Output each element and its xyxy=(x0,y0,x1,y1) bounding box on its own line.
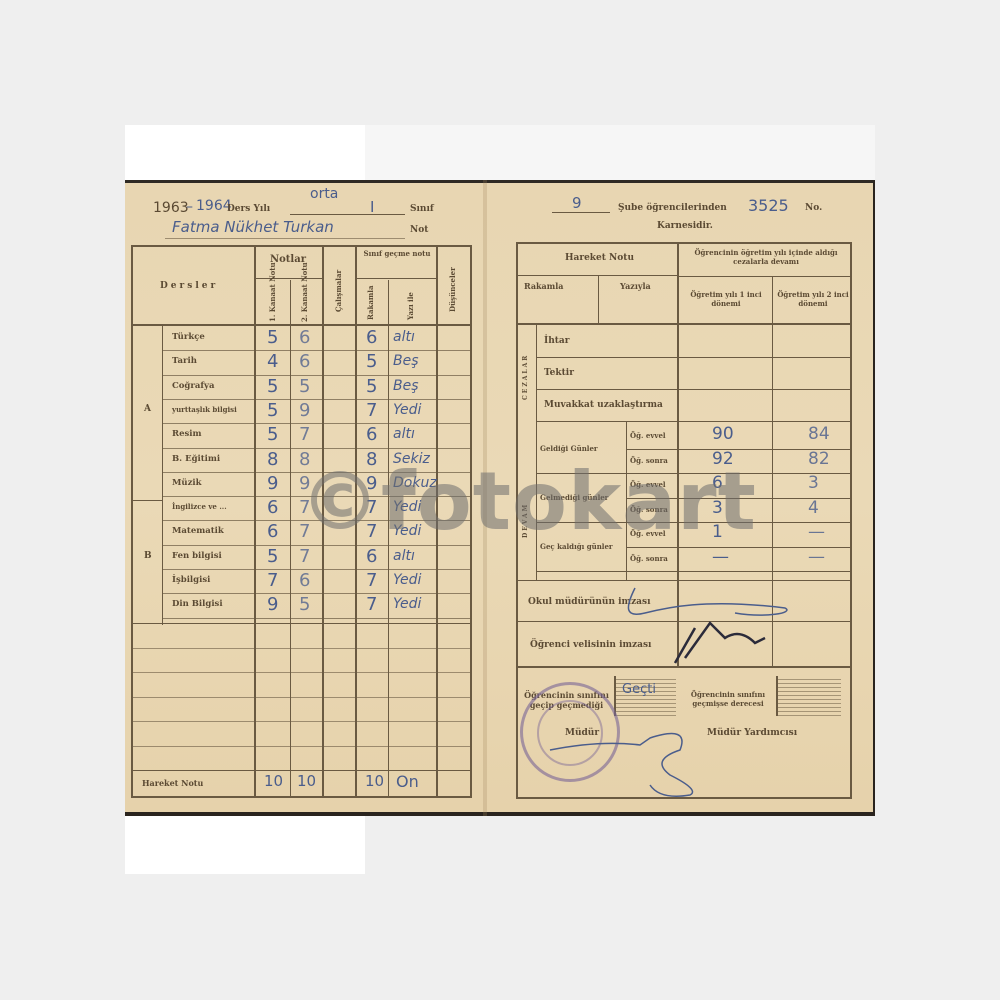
gecip-value: Geçti xyxy=(622,682,656,697)
final-grade-words: Sekiz xyxy=(393,451,430,467)
final-grade-number: 7 xyxy=(366,570,377,591)
kanaat-1-grade: 8 xyxy=(267,449,278,470)
grid-line xyxy=(256,278,322,279)
term2-value: — xyxy=(808,522,825,542)
row-divider xyxy=(162,375,472,376)
row-divider xyxy=(162,423,472,424)
student-number: 3525 xyxy=(748,196,789,215)
attendance-sub-label: Öğ. evvel xyxy=(630,431,666,440)
kanaat-2-grade: 7 xyxy=(299,546,310,567)
kanaat-2-grade: 6 xyxy=(299,351,310,372)
final-grade-words: Dokuz xyxy=(393,475,437,491)
row-divider xyxy=(131,672,472,673)
term2-value: 4 xyxy=(808,498,819,518)
row-divider xyxy=(162,496,472,497)
sinif-label: Sınıf xyxy=(410,204,434,214)
mudur-yardimcisi-label: Müdür Yardımcısı xyxy=(707,728,797,738)
header-rakamla: Rakamla xyxy=(366,284,375,320)
term1-value: 6 xyxy=(712,473,723,493)
kanaat-1-grade: 7 xyxy=(267,570,278,591)
group-divider xyxy=(131,500,162,501)
footer-k1: 10 xyxy=(264,772,283,790)
term2-value: 84 xyxy=(808,424,830,444)
derece-box xyxy=(776,676,841,716)
final-grade-words: Beş xyxy=(393,353,419,369)
yaziyla-header: Yazıyla xyxy=(620,281,651,291)
subject-name: İşbilgisi xyxy=(172,575,210,585)
name-underline xyxy=(165,238,405,239)
term1-value: 92 xyxy=(712,449,734,469)
row-divider xyxy=(536,522,852,523)
attendance-group-label: Gelmediği günler xyxy=(540,493,608,502)
row-divider xyxy=(131,697,472,698)
final-grade-words: Yedi xyxy=(393,523,421,539)
kanaat-1-grade: 6 xyxy=(267,521,278,542)
ceza-devam-header: Öğrencinin öğretim yılı içinde aldığı ce… xyxy=(684,248,848,266)
kanaat-2-grade: 9 xyxy=(299,400,310,421)
white-backdrop-top-right xyxy=(365,125,875,183)
final-grade-number: 7 xyxy=(366,497,377,518)
attendance-group-label: Geldiği Günler xyxy=(540,444,598,453)
kanaat-1-grade: 5 xyxy=(267,327,278,348)
grid-line xyxy=(516,275,677,276)
sube-value: 9 xyxy=(572,194,582,212)
grid-line xyxy=(357,278,436,279)
card-fold xyxy=(483,180,487,816)
hareket-notu-header: Hareket Notu xyxy=(565,253,634,263)
final-grade-words: Yedi xyxy=(393,596,421,612)
row-divider xyxy=(536,473,852,474)
final-grade-number: 5 xyxy=(366,351,377,372)
final-grade-number: 6 xyxy=(366,546,377,567)
devam-side-label: DEVAM xyxy=(522,478,529,538)
school-type: orta xyxy=(310,186,338,202)
subject-name: Fen bilgisi xyxy=(172,551,222,561)
subject-name: İngilizce ve ... xyxy=(172,502,227,511)
kanaat-2-grade: 5 xyxy=(299,376,310,397)
rakamla-header: Rakamla xyxy=(524,281,563,291)
subject-name: Müzik xyxy=(172,478,202,488)
final-grade-number: 7 xyxy=(366,400,377,421)
kanaat-1-grade: 5 xyxy=(267,376,278,397)
subject-name: Coğrafya xyxy=(172,381,214,391)
director-signature xyxy=(540,720,710,800)
penalty-label: Tektir xyxy=(544,368,574,378)
grid-line xyxy=(679,276,851,277)
footer-k2: 10 xyxy=(297,772,316,790)
row-divider xyxy=(162,618,472,619)
year-start: 1963 xyxy=(153,200,189,216)
sube-underline xyxy=(552,212,610,213)
kanaat-1-grade: 5 xyxy=(267,546,278,567)
row-divider xyxy=(162,569,472,570)
ders-yili-label: Ders Yılı xyxy=(227,204,270,214)
kanaat-2-grade: 5 xyxy=(299,594,310,615)
final-grade-number: 8 xyxy=(366,449,377,470)
header-sinif-gecme: Sınıf geçme notu xyxy=(362,249,432,258)
row-divider xyxy=(162,472,472,473)
white-backdrop-bottom xyxy=(125,816,365,874)
final-grade-words: altı xyxy=(393,548,415,564)
grid-line xyxy=(131,324,472,326)
kanaat-1-grade: 9 xyxy=(267,473,278,494)
subject-name: Türkçe xyxy=(172,332,205,342)
subject-name: Tarih xyxy=(172,356,197,366)
final-grade-number: 5 xyxy=(366,376,377,397)
sinif-value: I xyxy=(370,198,374,216)
final-grade-words: Yedi xyxy=(393,499,421,515)
final-grade-number: 6 xyxy=(366,327,377,348)
header-calismalar: Çalışmalar xyxy=(334,262,343,312)
term1-value: 1 xyxy=(712,522,723,542)
attendance-sub-label: Öğ. evvel xyxy=(630,480,666,489)
term2-header: Öğretim yılı 2 inci dönemi xyxy=(777,290,849,308)
penalty-label: Muvakkat uzaklaştırma xyxy=(544,400,663,410)
kanaat-2-grade: 7 xyxy=(299,497,310,518)
grid-line xyxy=(254,245,256,798)
grid-line xyxy=(131,770,472,771)
no-label: No. xyxy=(805,203,822,213)
subject-name: yurttaşlık bilgisi xyxy=(172,405,237,414)
year-dash: – xyxy=(186,199,193,215)
cezalar-side-label: CEZALAR xyxy=(522,340,529,400)
kanaat-1-grade: 6 xyxy=(267,497,278,518)
kanaat-1-grade: 9 xyxy=(267,594,278,615)
header-kanaat-1: 1. Kanaat Notu xyxy=(268,282,277,322)
final-grade-number: 6 xyxy=(366,424,377,445)
row-divider xyxy=(162,350,472,351)
kanaat-2-grade: 8 xyxy=(299,449,310,470)
white-backdrop-top xyxy=(125,125,365,183)
kanaat-2-grade: 6 xyxy=(299,570,310,591)
grid-line xyxy=(355,245,357,798)
term1-value: 90 xyxy=(712,424,734,444)
attendance-sub-label: Öğ. sonra xyxy=(630,554,668,563)
row-divider xyxy=(131,721,472,722)
kanaat-1-grade: 5 xyxy=(267,400,278,421)
group-a-label: A xyxy=(144,404,151,414)
grid-line xyxy=(626,422,627,580)
kanaat-1-grade: 5 xyxy=(267,424,278,445)
header-yazi-ile: Yazı ile xyxy=(406,284,415,320)
principal-signature xyxy=(615,568,805,678)
header-kanaat-2: 2. Kanaat Notu xyxy=(300,282,309,322)
karnesidir-label: Karnesidir. xyxy=(657,221,713,231)
row-divider xyxy=(536,421,852,422)
not-label: Not xyxy=(410,225,428,235)
final-grade-number: 7 xyxy=(366,521,377,542)
term2-value: 3 xyxy=(808,473,819,493)
group-b-label: B xyxy=(144,551,152,561)
grid-line xyxy=(536,325,537,580)
row-divider xyxy=(131,648,472,649)
final-grade-words: altı xyxy=(393,329,415,345)
final-grade-words: Yedi xyxy=(393,402,421,418)
final-grade-number: 9 xyxy=(366,473,377,494)
kanaat-2-grade: 6 xyxy=(299,327,310,348)
subject-name: Matematik xyxy=(172,526,224,536)
term1-header: Öğretim yılı 1 inci dönemi xyxy=(684,290,768,308)
attendance-group-label: Geç kaldığı günler xyxy=(540,542,613,551)
term1-value: — xyxy=(712,547,729,567)
subject-name: Resim xyxy=(172,429,201,439)
row-divider xyxy=(162,448,472,449)
row-divider xyxy=(162,399,472,400)
grid-line xyxy=(598,275,599,323)
header-dersler: Dersler xyxy=(160,281,218,291)
sinif-gecme-derecesi-label: Öğrencinin sınıfını geçmişse derecesi xyxy=(682,690,774,708)
row-divider xyxy=(162,545,472,546)
attendance-sub-label: Öğ. sonra xyxy=(630,456,668,465)
row-divider xyxy=(162,593,472,594)
student-name: Fatma Nükhet Turkan xyxy=(172,218,334,236)
footer-hareket-notu: Hareket Notu xyxy=(142,778,203,788)
header-dusunceler: Düşünceler xyxy=(448,262,457,312)
footer-yazi: On xyxy=(396,772,419,791)
final-grade-words: Beş xyxy=(393,378,419,394)
attendance-sub-label: Öğ. sonra xyxy=(630,505,668,514)
grid-line xyxy=(322,245,324,798)
kanaat-2-grade: 7 xyxy=(299,424,310,445)
term1-value: 3 xyxy=(712,498,723,518)
kanaat-1-grade: 4 xyxy=(267,351,278,372)
row-divider xyxy=(131,623,472,624)
sube-label: Şube öğrencilerinden xyxy=(618,203,727,213)
term2-value: — xyxy=(808,547,825,567)
row-divider xyxy=(536,357,852,358)
final-grade-number: 7 xyxy=(366,594,377,615)
grid-line xyxy=(516,323,852,325)
kanaat-2-grade: 9 xyxy=(299,473,310,494)
row-divider xyxy=(131,746,472,747)
attendance-sub-label: Öğ. evvel xyxy=(630,529,666,538)
penalty-label: İhtar xyxy=(544,336,569,346)
kanaat-2-grade: 7 xyxy=(299,521,310,542)
row-divider xyxy=(536,389,852,390)
subject-name: B. Eğitimi xyxy=(172,454,220,464)
final-grade-words: Yedi xyxy=(393,572,421,588)
final-grade-words: altı xyxy=(393,426,415,442)
sinif-underline xyxy=(290,214,405,215)
subject-name: Din Bilgisi xyxy=(172,599,223,609)
row-divider xyxy=(162,520,472,521)
term2-value: 82 xyxy=(808,449,830,469)
grid-line xyxy=(436,245,438,798)
grid-line xyxy=(162,325,163,625)
footer-rakam: 10 xyxy=(365,772,384,790)
